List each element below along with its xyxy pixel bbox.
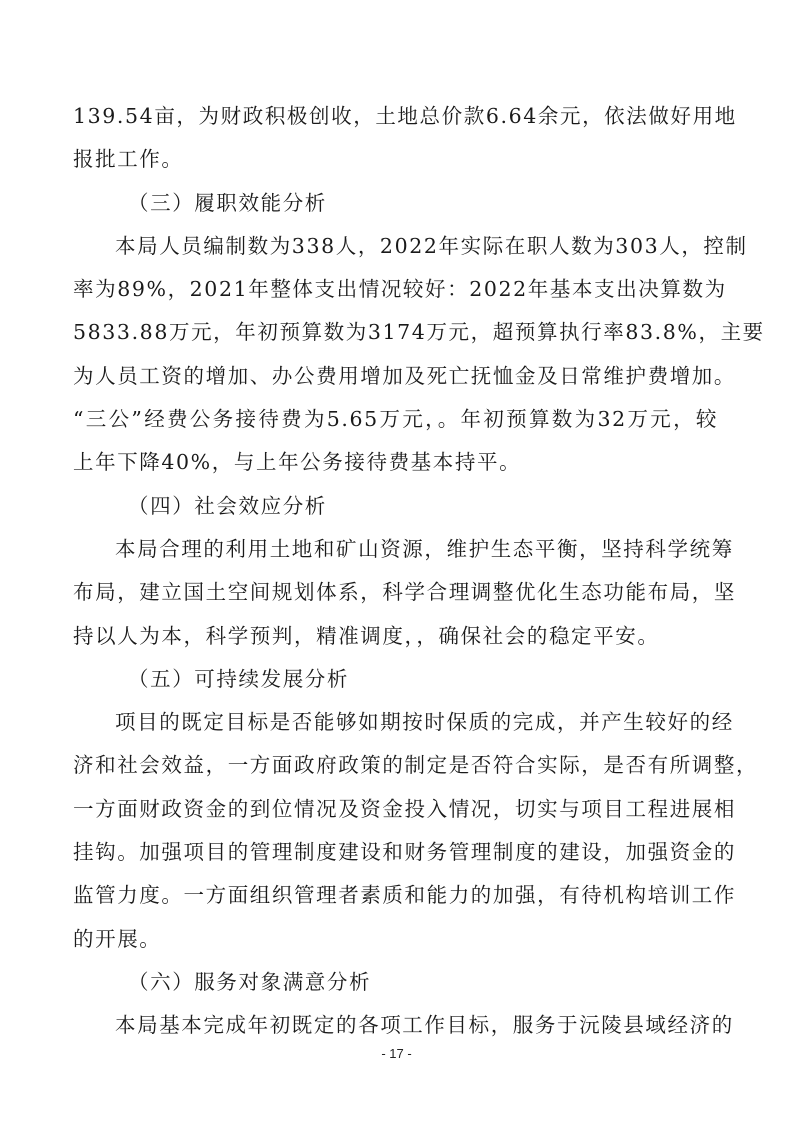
paragraph-line: “三公”经费公务接待费为5.65万元，。年初预算数为32万元，较 <box>73 398 718 441</box>
paragraph-line: 的开展。 <box>73 918 718 961</box>
paragraph-line: 监管力度。一方面组织管理者素质和能力的加强，有待机构培训工作 <box>73 874 718 917</box>
paragraph-line: 持以人为本，科学预判，精准调度，，确保社会的稳定平安。 <box>73 615 718 658</box>
section-heading-3: （三）履职效能分析 <box>73 182 718 225</box>
paragraph-line: 139.54亩，为财政积极创收，土地总价款6.64余元，依法做好用地 <box>73 95 718 138</box>
paragraph-line: 率为89%，2021年整体支出情况较好：2022年基本支出决算数为 <box>73 268 718 311</box>
section-heading-6: （六）服务对象满意分析 <box>73 961 718 1004</box>
paragraph-line: 上年下降40%，与上年公务接待费基本持平。 <box>73 441 718 484</box>
paragraph-line: 报批工作。 <box>73 138 718 181</box>
paragraph-line: 一方面财政资金的到位情况及资金投入情况，切实与项目工程进展相 <box>73 788 718 831</box>
page-number: - 17 - <box>0 1046 793 1061</box>
paragraph-line: 为人员工资的增加、办公费用增加及死亡抚恤金及日常维护费增加。 <box>73 355 718 398</box>
paragraph-line: 本局合理的利用土地和矿山资源，维护生态平衡，坚持科学统筹 <box>73 528 718 571</box>
section-heading-4: （四）社会效应分析 <box>73 485 718 528</box>
paragraph-line: 济和社会效益，一方面政府政策的制定是否符合实际，是否有所调整， <box>73 744 718 787</box>
paragraph-line: 挂钩。加强项目的管理制度建设和财务管理制度的建设，加强资金的 <box>73 831 718 874</box>
paragraph-line: 本局基本完成年初既定的各项工作目标，服务于沅陵县域经济的 <box>73 1004 718 1047</box>
paragraph-line: 项目的既定目标是否能够如期按时保质的完成，并产生较好的经 <box>73 701 718 744</box>
paragraph-line: 本局人员编制数为338人，2022年实际在职人数为303人，控制 <box>73 225 718 268</box>
paragraph-line: 5833.88万元，年初预算数为3174万元，超预算执行率83.8%，主要 <box>73 311 718 354</box>
document-page: 139.54亩，为财政积极创收，土地总价款6.64余元，依法做好用地 报批工作。… <box>73 95 718 1048</box>
paragraph-line: 布局，建立国土空间规划体系，科学合理调整优化生态功能布局，坚 <box>73 571 718 614</box>
section-heading-5: （五）可持续发展分析 <box>73 658 718 701</box>
